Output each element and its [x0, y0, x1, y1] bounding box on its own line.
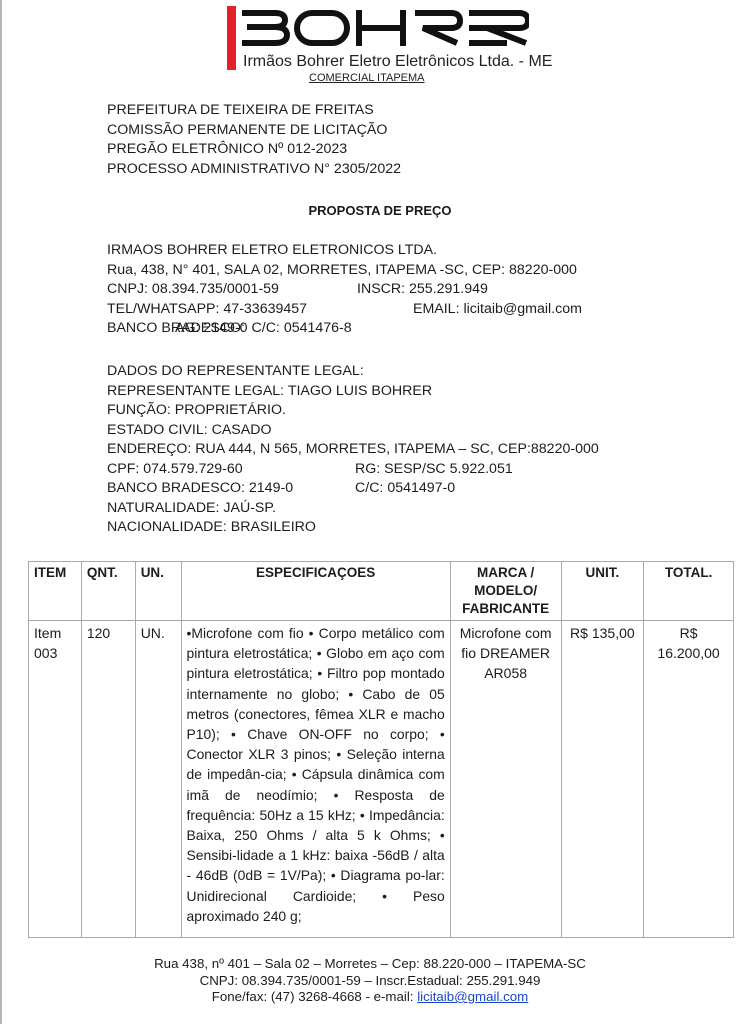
header-line: COMISSÃO PERMANENTE DE LICITAÇÃO	[107, 121, 401, 141]
company-phone: TEL/WHATSAPP: 47-33639457	[107, 300, 413, 320]
recipient-header: PREFEITURA DE TEIXEIRA DE FREITAS COMISS…	[107, 101, 401, 179]
company-name: IRMAOS BOHRER ELETRO ELETRONICOS LTDA.	[107, 241, 582, 261]
rep-birthplace: NATURALIDADE: JAÚ-SP.	[107, 499, 599, 519]
company-inscr: INSCR: 255.291.949	[357, 281, 488, 297]
company-logo: Irmãos Bohrer Eletro Eletrônicos Ltda. -…	[213, 4, 533, 82]
company-bank-label: BANCO BRADESCO:	[107, 319, 175, 339]
header-line: PROCESSO ADMINISTRATIVO N° 2305/2022	[107, 160, 401, 180]
cell-unit: R$ 135,00	[561, 621, 644, 938]
rep-civil-status: ESTADO CIVIL: CASADO	[107, 421, 599, 441]
cell-un: UN.	[135, 621, 181, 938]
col-header-spec: ESPECIFICAÇOES	[181, 562, 450, 621]
col-header-unit: UNIT.	[561, 562, 644, 621]
company-bank-account: AG: 2149-0 C/C: 0541476-8	[175, 320, 352, 336]
bohrer-wordmark	[239, 10, 529, 46]
col-header-marca: MARCA / MODELO/ FABRICANTE	[450, 562, 561, 621]
company-details: IRMAOS BOHRER ELETRO ELETRONICOS LTDA. R…	[107, 241, 582, 339]
rep-nationality: NACIONALIDADE: BRASILEIRO	[107, 518, 599, 538]
col-header-un: UN.	[135, 562, 181, 621]
cell-qnt: 120	[81, 621, 135, 938]
rep-heading: DADOS DO REPRESENTANTE LEGAL:	[107, 362, 599, 382]
footer-email-link[interactable]: licitaib@gmail.com	[417, 989, 528, 1004]
rep-name: REPRESENTANTE LEGAL: TIAGO LUIS BOHRER	[107, 382, 599, 402]
footer-cnpj: CNPJ: 08.394.735/0001-59 – Inscr.Estadua…	[0, 973, 740, 990]
header-line: PREGÃO ELETRÔNICO Nº 012-2023	[107, 140, 401, 160]
table-row: Item 003 120 UN. •Microfone com fio • Co…	[29, 621, 734, 938]
table-header-row: ITEM QNT. UN. ESPECIFICAÇOES MARCA / MOD…	[29, 562, 734, 621]
rep-account: C/C: 0541497-0	[355, 480, 455, 496]
rep-rg: RG: SESP/SC 5.922.051	[355, 461, 513, 477]
rep-address: ENDEREÇO: RUA 444, N 565, MORRETES, ITAP…	[107, 440, 599, 460]
price-table: ITEM QNT. UN. ESPECIFICAÇOES MARCA / MOD…	[28, 561, 734, 938]
company-email: EMAIL: licitaib@gmail.com	[413, 301, 582, 317]
company-cnpj: CNPJ: 08.394.735/0001-59	[107, 280, 357, 300]
representative-details: DADOS DO REPRESENTANTE LEGAL: REPRESENTA…	[107, 362, 599, 538]
header-line: PREFEITURA DE TEIXEIRA DE FREITAS	[107, 101, 401, 121]
cell-total: R$ 16.200,00	[644, 621, 734, 938]
cell-item: Item 003	[29, 621, 82, 938]
cell-spec: •Microfone com fio • Corpo metálico com …	[181, 621, 450, 938]
company-legal-name: Irmãos Bohrer Eletro Eletrônicos Ltda. -…	[243, 53, 543, 71]
company-address: Rua, 438, N° 401, SALA 02, MORRETES, ITA…	[107, 261, 582, 281]
col-header-qnt: QNT.	[81, 562, 135, 621]
rep-bank: BANCO BRADESCO: 2149-0	[107, 479, 355, 499]
cell-marca: Microfone com fio DREAMER AR058	[450, 621, 561, 938]
rep-cpf: CPF: 074.579.729-60	[107, 460, 355, 480]
col-header-total: TOTAL.	[644, 562, 734, 621]
col-header-item: ITEM	[29, 562, 82, 621]
branch-name: COMERCIAL ITAPEMA	[309, 72, 425, 84]
footer-phone: Fone/fax: (47) 3268-4668 - e-mail:	[212, 989, 417, 1004]
page-edge	[0, 0, 2, 1024]
footer-address: Rua 438, nº 401 – Sala 02 – Morretes – C…	[0, 956, 740, 973]
page-footer: Rua 438, nº 401 – Sala 02 – Morretes – C…	[0, 956, 740, 1006]
document-title: PROPOSTA DE PREÇO	[0, 203, 740, 218]
logo-red-bar	[227, 6, 236, 70]
rep-role: FUNÇÃO: PROPRIETÁRIO.	[107, 401, 599, 421]
